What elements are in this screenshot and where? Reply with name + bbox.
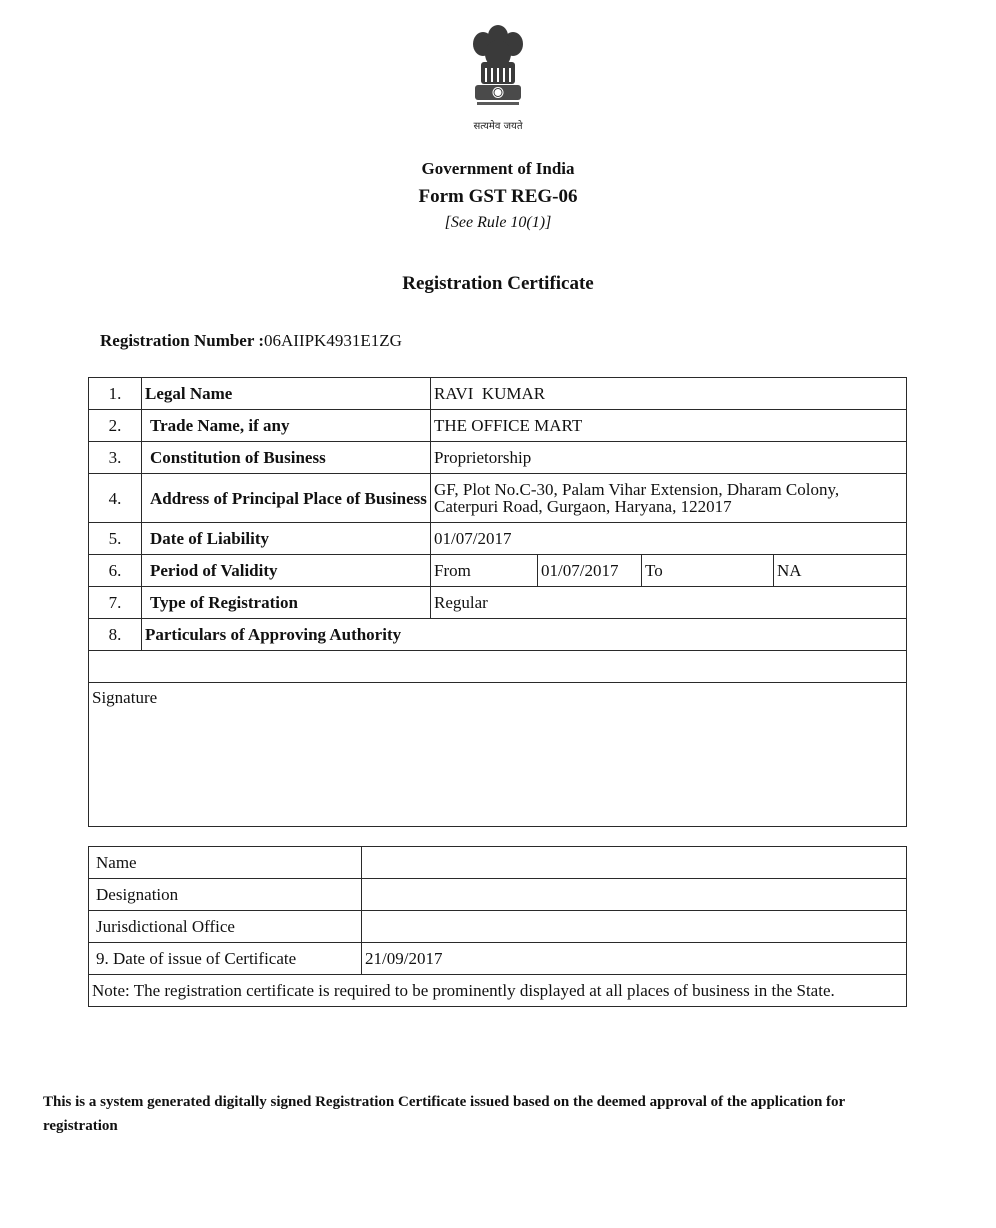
table-row-approving-authority: 8. Particulars of Approving Authority (89, 619, 907, 651)
row-label: Legal Name (142, 378, 431, 410)
table-row-jurisdictional-office: Jurisdictional Office (89, 911, 907, 943)
row-label: Constitution of Business (142, 442, 431, 474)
table-row-note: Note: The registration certificate is re… (89, 975, 907, 1007)
emblem-motto: सत्यमेव जयते (460, 118, 536, 132)
government-title: Government of India (0, 159, 996, 179)
row-number: 8. (89, 619, 142, 651)
blank-cell (89, 651, 907, 683)
registration-number-label: Registration Number : (100, 331, 264, 350)
table-row-legal-name: 1. Legal Name RAVI KUMAR (89, 378, 907, 410)
row-number: 2. (89, 410, 142, 442)
row-number: 3. (89, 442, 142, 474)
display-note: Note: The registration certificate is re… (89, 975, 907, 1007)
table-row-signature: Signature (89, 683, 907, 827)
table-row-address: 4. Address of Principal Place of Busines… (89, 474, 907, 523)
row-label: Type of Registration (142, 587, 431, 619)
signature-cell: Signature (89, 683, 907, 827)
approving-authority-label: Particulars of Approving Authority (142, 619, 907, 651)
validity-to-label: To (642, 555, 774, 587)
trade-name-value: THE OFFICE MART (431, 410, 907, 442)
certificate-title: Registration Certificate (0, 273, 996, 295)
designation-label: Designation (89, 879, 362, 911)
table-row-period-of-validity: 6. Period of Validity From 01/07/2017 To… (89, 555, 907, 587)
registration-number: Registration Number :06AIIPK4931E1ZG (100, 331, 402, 351)
row-label: Period of Validity (142, 555, 431, 587)
name-value (362, 847, 907, 879)
ashoka-lion-capital-icon (467, 22, 529, 114)
form-title: Form GST REG-06 (0, 186, 996, 208)
constitution-value: Proprietorship (431, 442, 907, 474)
row-label: Date of Liability (142, 523, 431, 555)
type-of-registration-value: Regular (431, 587, 907, 619)
row-label: Trade Name, if any (142, 410, 431, 442)
date-of-liability-value: 01/07/2017 (431, 523, 907, 555)
table-row-name: Name (89, 847, 907, 879)
jurisdictional-office-value (362, 911, 907, 943)
national-emblem: सत्यमेव जयते (460, 22, 536, 134)
row-number: 1. (89, 378, 142, 410)
row-number: 7. (89, 587, 142, 619)
name-label: Name (89, 847, 362, 879)
validity-to-value: NA (774, 555, 907, 587)
table-row-constitution: 3. Constitution of Business Proprietorsh… (89, 442, 907, 474)
row-label: Address of Principal Place of Business (142, 474, 431, 523)
approving-authority-table: Name Designation Jurisdictional Office 9… (88, 846, 907, 1007)
issue-date-label: 9. Date of issue of Certificate (89, 943, 362, 975)
validity-from-label: From (431, 555, 538, 587)
row-number: 4. (89, 474, 142, 523)
registration-number-value: 06AIIPK4931E1ZG (264, 331, 402, 350)
designation-value (362, 879, 907, 911)
system-generated-notice: This is a system generated digitally sig… (43, 1090, 903, 1138)
validity-from-value: 01/07/2017 (538, 555, 642, 587)
table-row-issue-date: 9. Date of issue of Certificate 21/09/20… (89, 943, 907, 975)
table-row-date-of-liability: 5. Date of Liability 01/07/2017 (89, 523, 907, 555)
rule-reference: [See Rule 10(1)] (0, 214, 996, 232)
issue-date-value: 21/09/2017 (362, 943, 907, 975)
jurisdictional-office-label: Jurisdictional Office (89, 911, 362, 943)
table-row-blank (89, 651, 907, 683)
address-value: GF, Plot No.C-30, Palam Vihar Extension,… (431, 474, 907, 523)
signature-label: Signature (92, 688, 157, 707)
row-number: 6. (89, 555, 142, 587)
row-number: 5. (89, 523, 142, 555)
legal-name-value: RAVI KUMAR (431, 378, 907, 410)
table-row-designation: Designation (89, 879, 907, 911)
table-row-trade-name: 2. Trade Name, if any THE OFFICE MART (89, 410, 907, 442)
table-row-type-of-registration: 7. Type of Registration Regular (89, 587, 907, 619)
registration-details-table: 1. Legal Name RAVI KUMAR 2. Trade Name, … (88, 377, 907, 827)
address-label: Address of Principal Place of Business (145, 490, 427, 507)
